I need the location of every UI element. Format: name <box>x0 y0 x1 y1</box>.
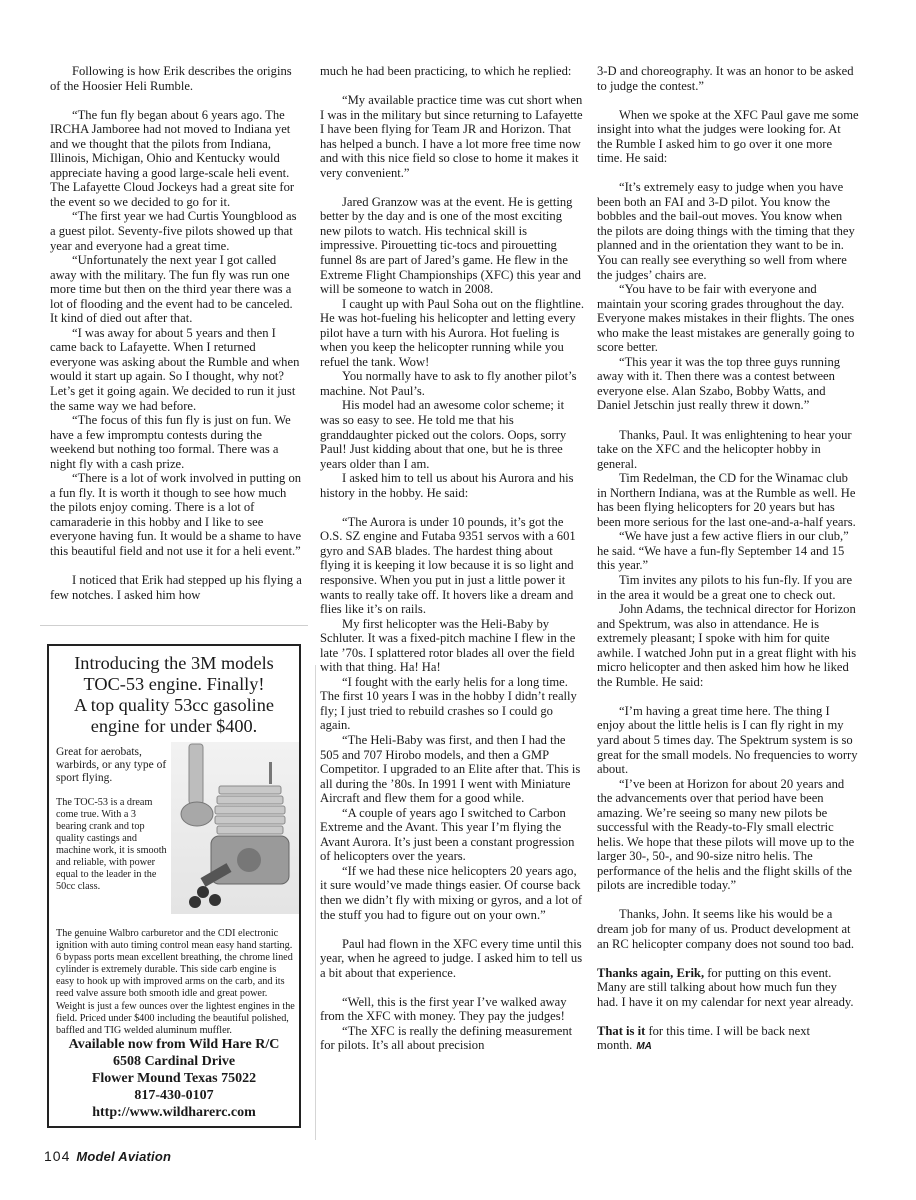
paragraph: much he had been practicing, to which he… <box>320 64 585 79</box>
paragraph: “The Heli-Baby was first, and then I had… <box>320 733 585 806</box>
ad-vendor: Available now from Wild Hare R/C <box>49 1036 299 1053</box>
column-rule <box>315 665 316 1140</box>
paragraph: “If we had these nice helicopters 20 yea… <box>320 864 585 922</box>
paragraph: “The Aurora is under 10 pounds, it’s got… <box>320 515 585 617</box>
page-folio: 104Model Aviation <box>44 1148 171 1164</box>
paragraph: When we spoke at the XFC Paul gave me so… <box>597 108 859 166</box>
closing-thanks: Thanks again, Erik, for putting on this … <box>597 966 859 1010</box>
paragraph: “I fought with the early helis for a lon… <box>320 675 585 733</box>
article-column-3: 3-D and choreography. It was an honor to… <box>597 64 859 1055</box>
paragraph: Paul had flown in the XFC every time unt… <box>320 937 585 981</box>
paragraph: You normally have to ask to fly another … <box>320 369 585 398</box>
engine-photo <box>171 742 299 914</box>
paragraph: I caught up with Paul Soha out on the fl… <box>320 297 585 370</box>
paragraph: “It’s extremely easy to judge when you h… <box>597 180 859 282</box>
ad-tagline: Great for aerobats, warbirds, or any typ… <box>56 746 168 785</box>
paragraph: Thanks, Paul. It was enlightening to hea… <box>597 428 859 472</box>
paragraph: “The fun fly began about 6 years ago. Th… <box>50 108 302 210</box>
article-column-1: Following is how Erik describes the orig… <box>50 64 302 602</box>
ad-intro: The TOC-53 is a dream come true. With a … <box>56 797 168 893</box>
ad-url[interactable]: http://www.wildharerc.com <box>49 1104 299 1121</box>
article-column-2: much he had been practicing, to which he… <box>320 64 585 1053</box>
paragraph: “We have just a few active fliers in our… <box>597 529 859 573</box>
paragraph: “The XFC is really the defining measurem… <box>320 1024 585 1053</box>
paragraph: Following is how Erik describes the orig… <box>50 64 302 93</box>
page-number: 104 <box>44 1148 70 1164</box>
paragraph: Jared Granzow was at the event. He is ge… <box>320 195 585 297</box>
paragraph: 3-D and choreography. It was an honor to… <box>597 64 859 93</box>
column-divider <box>40 625 308 626</box>
advertisement-toc53: Introducing the 3M models TOC-53 engine.… <box>47 644 301 1128</box>
paragraph: “I’ve been at Horizon for about 20 years… <box>597 777 859 893</box>
paragraph: “This year it was the top three guys run… <box>597 355 859 413</box>
paragraph: My first helicopter was the Heli-Baby by… <box>320 617 585 675</box>
magazine-name: Model Aviation <box>76 1149 171 1164</box>
closing-signoff: That is it for this time. I will be back… <box>597 1024 859 1055</box>
ad-city: Flower Mound Texas 75022 <box>49 1070 299 1087</box>
paragraph: “Well, this is the first year I’ve walke… <box>320 995 585 1024</box>
paragraph: I noticed that Erik had stepped up his f… <box>50 573 302 602</box>
ad-phone: 817-430-0107 <box>49 1087 299 1104</box>
paragraph: Thanks, John. It seems like his would be… <box>597 907 859 951</box>
paragraph: Tim Redelman, the CD for the Winamac clu… <box>597 471 859 529</box>
paragraph: John Adams, the technical director for H… <box>597 602 859 689</box>
paragraph: “I was away for about 5 years and then I… <box>50 326 302 413</box>
paragraph: “You have to be fair with everyone and m… <box>597 282 859 355</box>
paragraph: “My available practice time was cut shor… <box>320 93 585 180</box>
ad-street: 6508 Cardinal Drive <box>49 1053 299 1070</box>
paragraph: “I’m having a great time here. The thing… <box>597 704 859 777</box>
ad-contact: Available now from Wild Hare R/C 6508 Ca… <box>49 1036 299 1121</box>
paragraph: “A couple of years ago I switched to Car… <box>320 806 585 864</box>
paragraph: “There is a lot of work involved in putt… <box>50 471 302 558</box>
paragraph: “The first year we had Curtis Youngblood… <box>50 209 302 253</box>
paragraph: Tim invites any pilots to his fun-fly. I… <box>597 573 859 602</box>
paragraph: “The focus of this fun fly is just on fu… <box>50 413 302 471</box>
ad-features: Great for aerobats, warbirds, or any typ… <box>56 746 168 893</box>
paragraph: “Unfortunately the next year I got calle… <box>50 253 302 326</box>
ad-body-copy: The genuine Walbro carburetor and the CD… <box>56 928 296 1037</box>
paragraph: His model had an awesome color scheme; i… <box>320 398 585 471</box>
ad-headline: Introducing the 3M models TOC-53 engine.… <box>49 653 299 737</box>
end-mark: MA <box>636 1041 652 1052</box>
paragraph: I asked him to tell us about his Aurora … <box>320 471 585 500</box>
